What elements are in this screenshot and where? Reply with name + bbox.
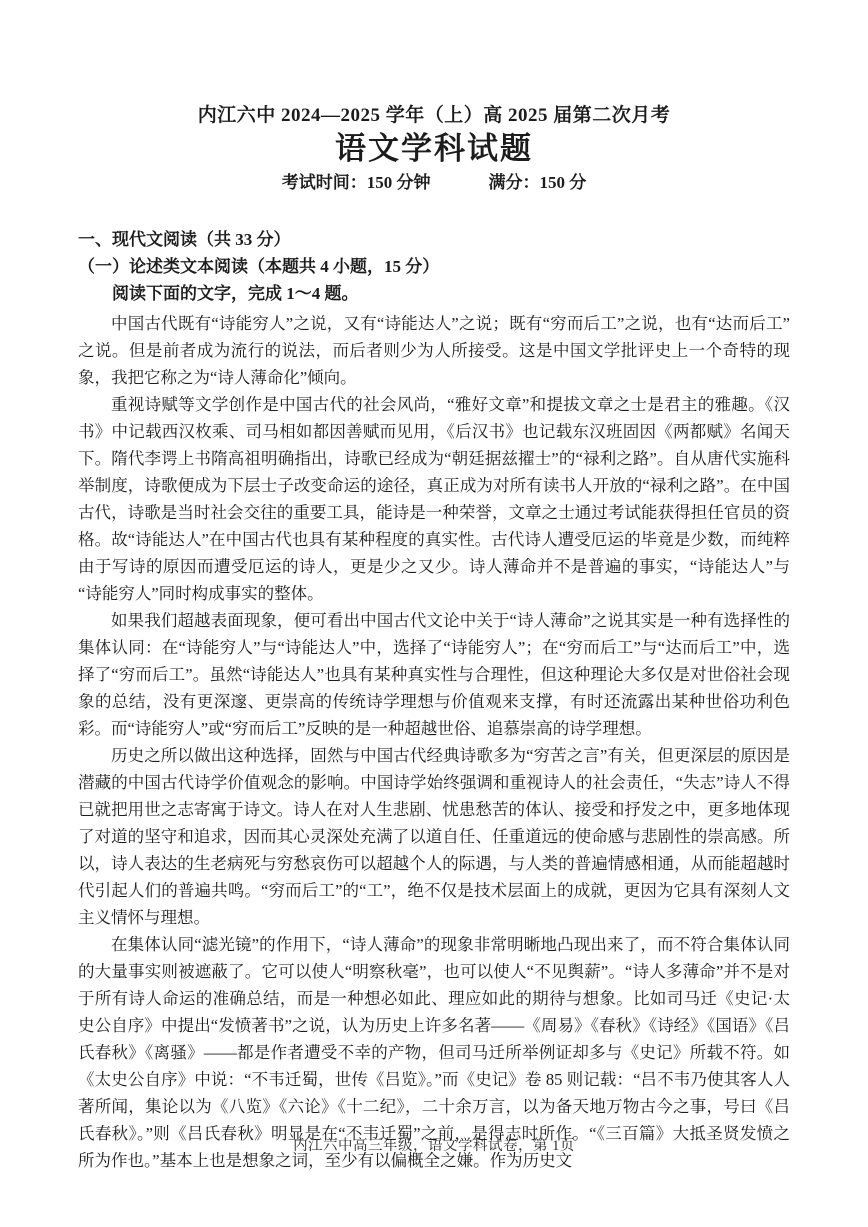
reading-passage: 中国古代既有“诗能穷人”之说，又有“诗能达人”之说；既有“穷而后工”之说，也有“…	[78, 310, 790, 1174]
subsection-1-heading: （一）论述类文本阅读（本题共 4 小题，15 分）	[78, 253, 790, 280]
page-title: 语文学科试题	[78, 131, 790, 167]
exam-body: 一、现代文阅读（共 33 分） （一）论述类文本阅读（本题共 4 小题，15 分…	[78, 226, 790, 1174]
passage-paragraph: 中国古代既有“诗能穷人”之说，又有“诗能达人”之说；既有“穷而后工”之说，也有“…	[78, 310, 790, 391]
exam-score-label: 满分：150 分	[489, 173, 587, 192]
passage-paragraph: 历史之所以做出这种选择，固然与中国古代经典诗歌多为“穷苦之言”有关，但更深层的原…	[78, 742, 790, 931]
reading-instruction: 阅读下面的文字，完成 1～4 题。	[78, 280, 790, 307]
exam-info-line: 考试时间：150 分钟满分：150 分	[78, 172, 790, 194]
section-1-heading: 一、现代文阅读（共 33 分）	[78, 226, 790, 253]
passage-paragraph: 如果我们超越表面现象，便可看出中国古代文论中关于“诗人薄命”之说其实是一种有选择…	[78, 607, 790, 742]
exam-duration-label: 考试时间：150 分钟	[282, 173, 431, 192]
exam-page: 内江六中 2024—2025 学年（上）高 2025 届第二次月考 语文学科试题…	[0, 0, 868, 1227]
exam-session-line: 内江六中 2024—2025 学年（上）高 2025 届第二次月考	[78, 103, 790, 128]
page-footer: 内江六中高三年级，语文学科试卷，第 1页	[0, 1134, 868, 1155]
exam-header: 内江六中 2024—2025 学年（上）高 2025 届第二次月考 语文学科试题…	[78, 103, 790, 194]
passage-paragraph: 重视诗赋等文学创作是中国古代的社会风尚，“雅好文章”和提拔文章之士是君主的雅趣。…	[78, 391, 790, 607]
